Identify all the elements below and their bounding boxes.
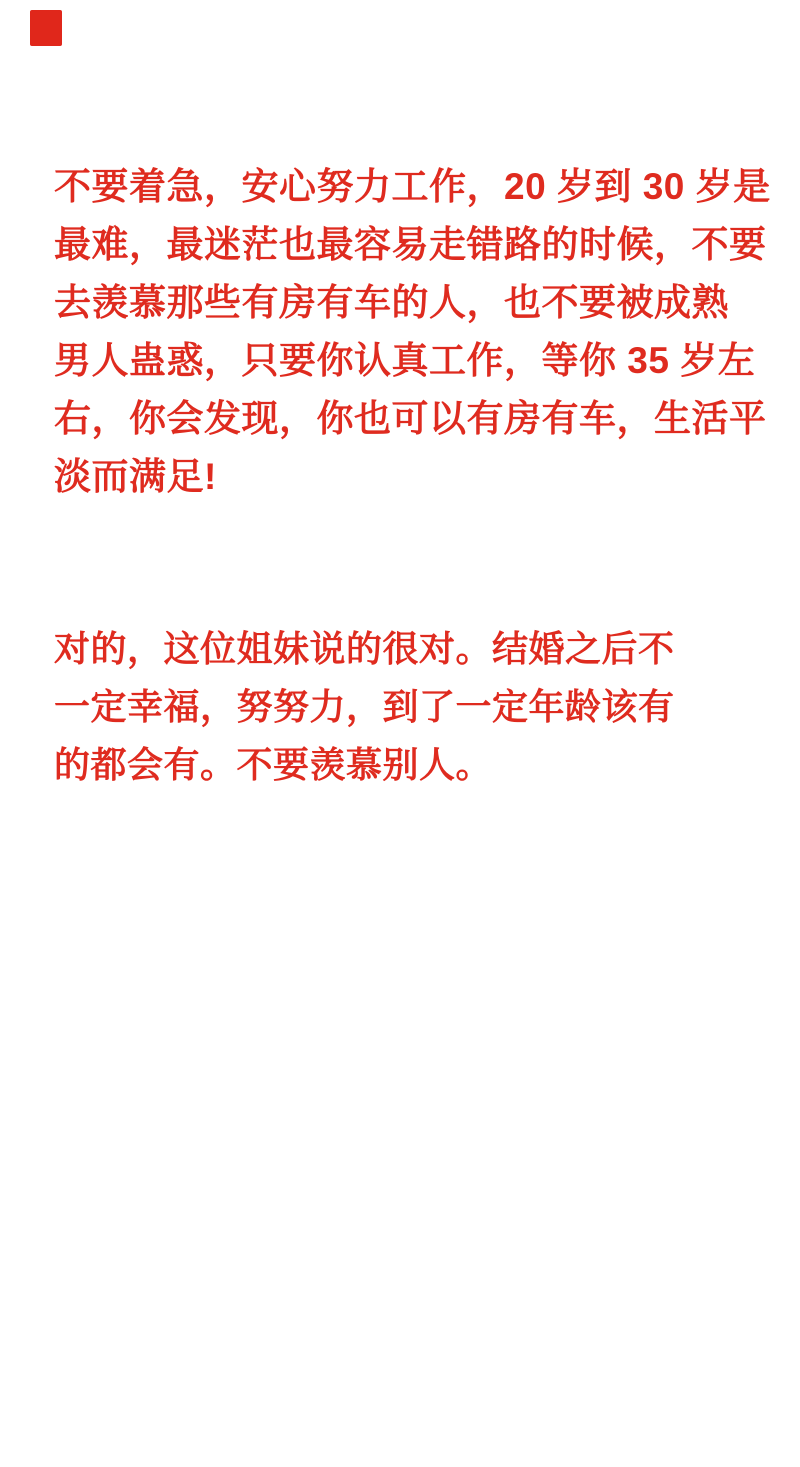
paragraph-1: 不要着急，安心努力工作，20 岁到 30 岁是 最难，最迷茫也最容易走错路的时候…	[54, 158, 764, 506]
text-line: 淡而满足!	[54, 448, 764, 506]
text-line: 的都会有。不要羡慕别人。	[54, 736, 764, 794]
text-line: 不要着急，安心努力工作，20 岁到 30 岁是	[54, 158, 764, 216]
text-line: 男人蛊惑，只要你认真工作，等你 35 岁左	[54, 332, 764, 390]
red-square-mark	[30, 10, 62, 46]
text-line: 去羡慕那些有房有车的人，也不要被成熟	[54, 274, 764, 332]
text-line: 对的，这位姐妹说的很对。结婚之后不	[54, 620, 764, 678]
text-line: 一定幸福，努努力，到了一定年龄该有	[54, 678, 764, 736]
text-line: 最难，最迷茫也最容易走错路的时候，不要	[54, 216, 764, 274]
text-image-page: 不要着急，安心努力工作，20 岁到 30 岁是 最难，最迷茫也最容易走错路的时候…	[0, 0, 800, 1467]
paragraph-2: 对的，这位姐妹说的很对。结婚之后不 一定幸福，努努力，到了一定年龄该有 的都会有…	[54, 620, 764, 794]
text-line: 右，你会发现，你也可以有房有车，生活平	[54, 390, 764, 448]
